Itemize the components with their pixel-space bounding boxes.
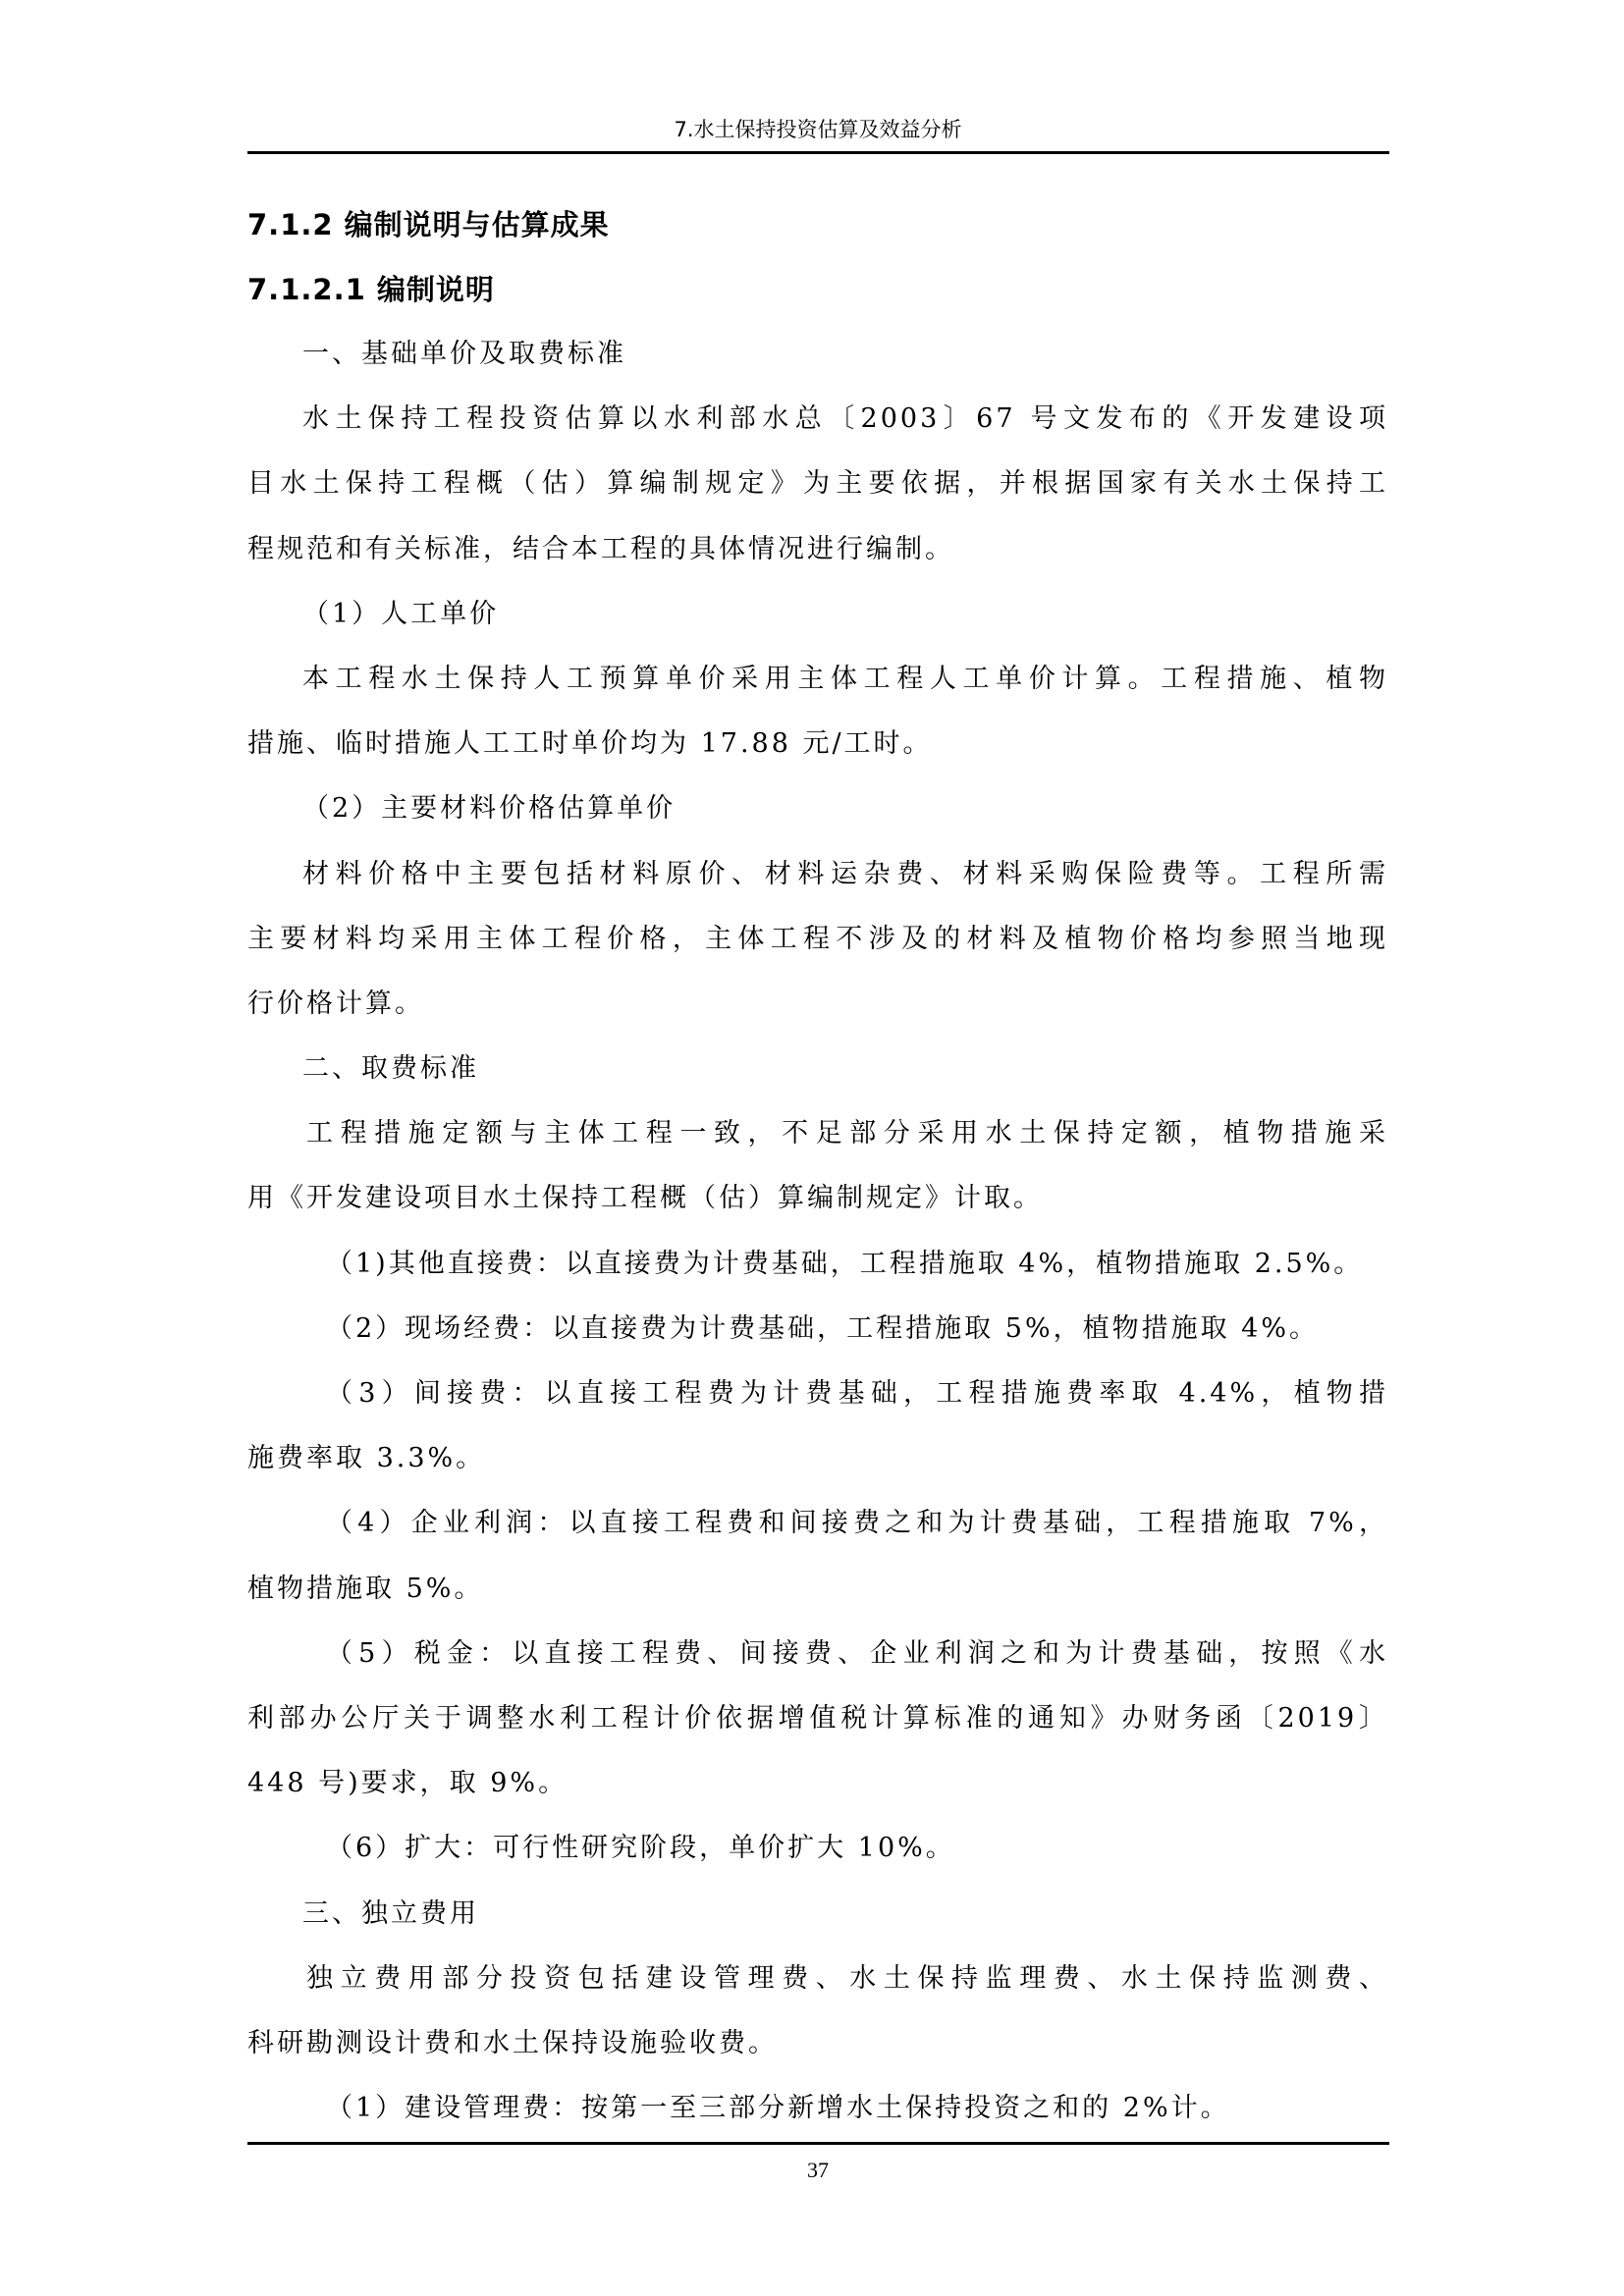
fee-item-3-cont: 施费率取 3.3%。 xyxy=(247,1426,1388,1491)
document-page: 7.水土保持投资估算及效益分析 7.1.2 编制说明与估算成果 7.1.2.1 … xyxy=(0,0,1624,2296)
paragraph-line: 用《开发建设项目水土保持工程概（估）算编制规定》计取。 xyxy=(247,1166,1388,1231)
part1-title: 一、基础单价及取费标准 xyxy=(247,322,1388,387)
paragraph-line: 水土保持工程投资估算以水利部水总〔2003〕67 号文发布的《开发建设项 xyxy=(247,387,1388,452)
fee-item-5-cont: 448 号)要求，取 9%。 xyxy=(247,1751,1388,1816)
fee-item-1: （1)其他直接费：以直接费为计费基础，工程措施取 4%，植物措施取 2.5%。 xyxy=(247,1232,1388,1297)
fee-item-5: （5）税金：以直接工程费、间接费、企业利润之和为计费基础，按照《水 xyxy=(247,1622,1388,1686)
page-content: 7.1.2 编制说明与估算成果 7.1.2.1 编制说明 一、基础单价及取费标准… xyxy=(247,192,1388,2141)
paragraph-line: 独立费用部分投资包括建设管理费、水土保持监理费、水土保持监测费、 xyxy=(247,1947,1388,2011)
footer-rule xyxy=(247,2142,1389,2145)
paragraph-line: 本工程水土保持人工预算单价采用主体工程人工单价计算。工程措施、植物 xyxy=(247,647,1388,712)
material-title: （2）主要材料价格估算单价 xyxy=(247,776,1388,841)
paragraph-line: 程规范和有关标准，结合本工程的具体情况进行编制。 xyxy=(247,517,1388,582)
paragraph-line: 科研勘测设计费和水土保持设施验收费。 xyxy=(247,2011,1388,2076)
part2-title: 二、取费标准 xyxy=(247,1037,1388,1101)
fee-item-4-cont: 植物措施取 5%。 xyxy=(247,1557,1388,1622)
section-heading: 7.1.2 编制说明与估算成果 xyxy=(247,192,1388,257)
paragraph-line: 目水土保持工程概（估）算编制规定》为主要依据，并根据国家有关水土保持工 xyxy=(247,452,1388,516)
paragraph-line: 主要材料均采用主体工程价格，主体工程不涉及的材料及植物价格均参照当地现 xyxy=(247,907,1388,972)
independent-item-1: （1）建设管理费：按第一至三部分新增水土保持投资之和的 2%计。 xyxy=(247,2076,1388,2141)
paragraph-line: 行价格计算。 xyxy=(247,972,1388,1037)
fee-item-5-cont: 利部办公厅关于调整水利工程计价依据增值税计算标准的通知》办财务函〔2019〕 xyxy=(247,1686,1388,1751)
fee-item-2: （2）现场经费：以直接费为计费基础，工程措施取 5%，植物措施取 4%。 xyxy=(247,1297,1388,1362)
labor-title: （1）人工单价 xyxy=(247,582,1388,647)
paragraph-line: 工程措施定额与主体工程一致，不足部分采用水土保持定额，植物措施采 xyxy=(247,1101,1388,1166)
running-header: 7.水土保持投资估算及效益分析 xyxy=(247,114,1388,143)
page-number: 37 xyxy=(247,2158,1388,2183)
subsection-heading: 7.1.2.1 编制说明 xyxy=(247,257,1388,322)
fee-item-6: （6）扩大：可行性研究阶段，单价扩大 10%。 xyxy=(247,1816,1388,1881)
header-rule xyxy=(247,151,1389,154)
paragraph-line: 材料价格中主要包括材料原价、材料运杂费、材料采购保险费等。工程所需 xyxy=(247,842,1388,907)
fee-item-4: （4）企业利润：以直接工程费和间接费之和为计费基础，工程措施取 7%， xyxy=(247,1491,1388,1556)
paragraph-line: 措施、临时措施人工工时单价均为 17.88 元/工时。 xyxy=(247,712,1388,776)
part3-title: 三、独立费用 xyxy=(247,1882,1388,1947)
fee-item-3: （3）间接费：以直接工程费为计费基础，工程措施费率取 4.4%，植物措 xyxy=(247,1362,1388,1426)
